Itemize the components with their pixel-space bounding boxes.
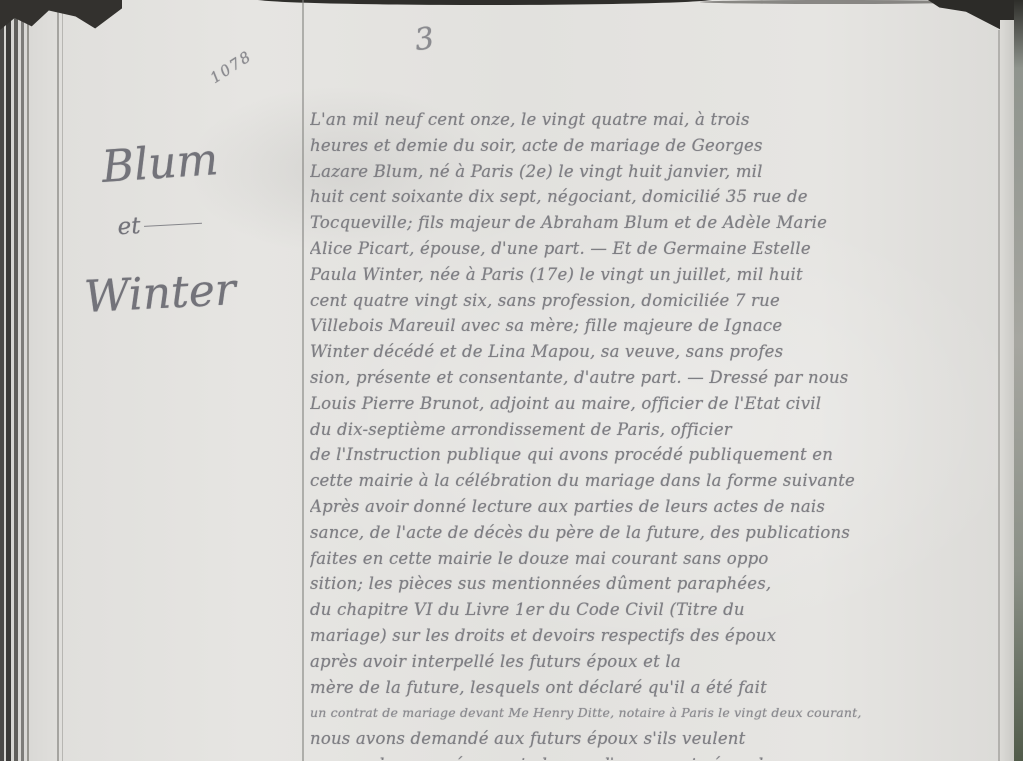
handwritten-line: Lazare Blum, né à Paris (2e) le vingt hu…: [310, 159, 1016, 185]
handwritten-line: Louis Pierre Brunot, adjoint au maire, o…: [310, 391, 1016, 417]
margin-bride-name: Winter: [39, 262, 281, 325]
handwritten-line: Winter décédé et de Lina Mapou, sa veuve…: [310, 339, 1016, 365]
handwritten-line: Tocqueville; fils majeur de Abraham Blum…: [310, 210, 1016, 236]
handwritten-line: sion, présente et consentante, d'autre p…: [310, 365, 1016, 391]
binding-stripe: [14, 0, 18, 761]
handwritten-line: nous avons demandé aux futurs époux s'il…: [310, 726, 1016, 752]
handwritten-line: sition; les pièces sus mentionnées dûmen…: [310, 571, 1016, 597]
handwritten-line: cette mairie à la célébration du mariage…: [310, 468, 1016, 494]
handwritten-line: mariage) sur les droits et devoirs respe…: [310, 623, 1016, 649]
binding-stripe: [21, 0, 24, 761]
handwritten-line: mère de la future, lesquels ont déclaré …: [310, 675, 1016, 701]
handwritten-line: Paula Winter, née à Paris (17e) le vingt…: [310, 262, 1016, 288]
gutter-fold-line: [57, 0, 59, 761]
registry-number: 1078: [207, 47, 256, 87]
binding-stripe: [6, 0, 11, 761]
handwritten-line-clipped: se prendre pour époux et chacun d'eux ay…: [310, 752, 1016, 760]
handwritten-line: heures et demie du soir, acte de mariage…: [310, 133, 1016, 159]
handwritten-line: du chapitre VI du Livre 1er du Code Civi…: [310, 597, 1016, 623]
handwritten-line: Villebois Mareuil avec sa mère; fille ma…: [310, 313, 1016, 339]
handwritten-line: Alice Picart, épouse, d'une part. — Et d…: [310, 236, 1016, 262]
handwritten-line: du dix-septième arrondissement de Paris,…: [310, 417, 1016, 443]
handwritten-line: faites en cette mairie le douze mai cour…: [310, 546, 1016, 572]
scan-artifact-top-arc: [255, 0, 715, 5]
page-number: 3: [413, 21, 437, 58]
handwritten-line-interline: un contrat de mariage devant Me Henry Di…: [310, 700, 1016, 726]
handwritten-line: sance, de l'acte de décès du père de la …: [310, 520, 1016, 546]
margin-rule: [302, 0, 304, 761]
scan-artifact-top-left: [0, 0, 122, 30]
handwritten-line: de l'Instruction publique qui avons proc…: [310, 442, 1016, 468]
margin-groom-name: Blum: [39, 130, 282, 198]
handwritten-line: après avoir interpellé les futurs époux …: [310, 649, 1016, 675]
handwritten-line: huit cent soixante dix sept, négociant, …: [310, 184, 1016, 210]
handwritten-line: L'an mil neuf cent onze, le vingt quatre…: [310, 107, 1016, 133]
binding-stripe: [0, 0, 4, 761]
gutter-fold-line: [62, 0, 63, 761]
scanned-register-page: 1078 3 Blum et Winter L'an mil neuf cent…: [0, 0, 1023, 761]
binding-stripe: [27, 0, 29, 761]
handwritten-line: cent quatre vingt six, sans profession, …: [310, 288, 1016, 314]
handwritten-line: Après avoir donné lecture aux parties de…: [310, 494, 1016, 520]
act-body-text: L'an mil neuf cent onze, le vingt quatre…: [310, 107, 1016, 761]
margin-conjunction: et: [39, 206, 280, 245]
